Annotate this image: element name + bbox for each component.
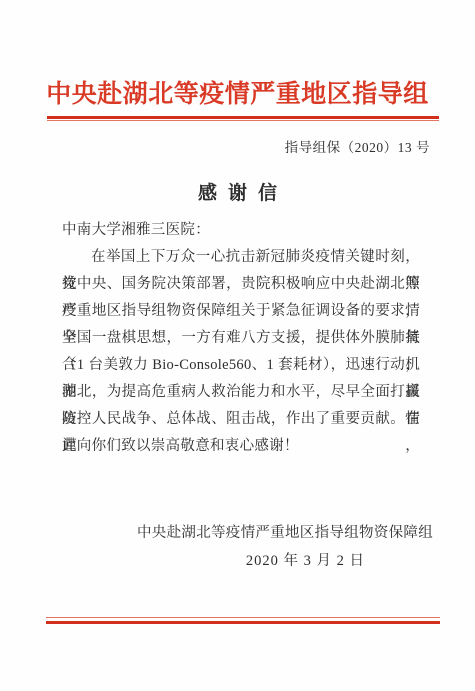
body-line-3: 严重地区指导组物资保障组关于紧急征调设备的要求，坚持: [62, 298, 420, 325]
scanned-letter-page: 中央赴湖北等疫情严重地区指导组 指导组保（2020）13 号 感谢信 中南大学湘…: [0, 0, 475, 691]
document-reference-number: 指导组保（2020）13 号: [285, 136, 430, 156]
body-line-2: 党中央、国务院决策部署，贵院积极响应中央赴湖北等疫情: [62, 271, 420, 298]
letterhead-org-title: 中央赴湖北等疫情严重地区指导组: [0, 74, 475, 110]
body-line-1: 在举国上下万众一心抗击新冠肺炎疫情关键时刻，按照: [62, 244, 420, 271]
letterhead-divider: [47, 116, 439, 121]
letter-signature: 中央赴湖北等疫情严重地区指导组物资保障组: [62, 521, 433, 542]
letter-salutation: 中南大学湘雅三医院：: [62, 217, 420, 244]
body-line-4: 全国一盘棋思想，一方有难八方支援，提供体外膜肺氧合机: [62, 325, 420, 352]
letter-body: 中南大学湘雅三医院： 在举国上下万众一心抗击新冠肺炎疫情关键时刻，按照 党中央、…: [62, 217, 420, 460]
body-line-6: 湖北，为提高危重病人救治能力和水平，尽早全面打赢疫情: [62, 379, 420, 406]
footer-divider: [46, 617, 440, 624]
letter-title: 感谢信: [0, 178, 475, 205]
letterhead-divider-thin-line: [47, 120, 439, 121]
body-line-5: （1 台美敦力 Bio-Console560、1 套耗材），迅速行动，驰援: [62, 352, 420, 379]
letter-date: 2020 年 3 月 2 日: [62, 549, 365, 570]
body-line-7: 防控人民战争、总体战、阻击战，作出了重要贡献。在此，: [62, 406, 420, 433]
footer-divider-thick-line: [46, 621, 440, 624]
